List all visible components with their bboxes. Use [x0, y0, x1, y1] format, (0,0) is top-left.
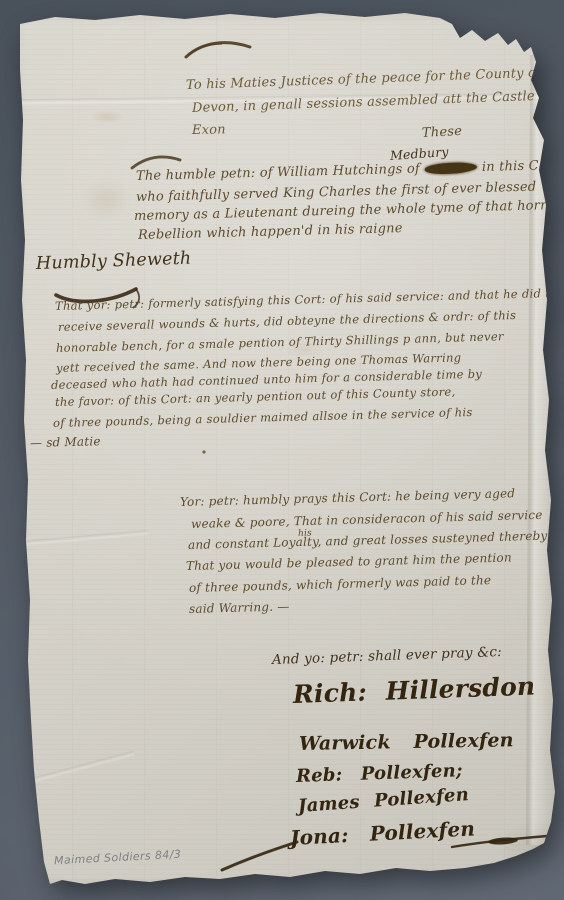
prayer-line: Yor: petr: humbly prays this Cort: he be… [180, 486, 516, 509]
petition-intro-line: Rebellion which happen'd in his raigne [138, 221, 403, 243]
prayer-line: of three pounds, which formerly was paid… [189, 573, 492, 595]
ink-flourishes [0, 0, 564, 900]
prayer-line: That you would be pleased to grant him t… [186, 550, 512, 573]
paper-stain [90, 110, 124, 124]
prayer-line: said Warring. — [189, 599, 290, 616]
paper-stain [80, 178, 132, 222]
header-address-line: To his Maties Justices of the peace for … [186, 66, 542, 93]
manuscript-paper-wrap: To his Maties Justices of the peace for … [0, 0, 564, 900]
prayer-line: weake & poore, That in consideracon of h… [191, 508, 543, 531]
humbly-sheweth-heading: Humbly Sheweth [36, 249, 192, 274]
docket-word-these: These [422, 124, 463, 141]
fold-crease-bottom-left [17, 751, 134, 788]
intro-text-before-blot: The humble petn: of William Hutchings of [136, 162, 420, 184]
signature: Warwick Pollexfen [299, 729, 514, 755]
header-address-line: Exon [192, 122, 226, 138]
intro-text-after-blot: in this County [482, 157, 564, 174]
signature: Jona: Pollexfen [289, 816, 475, 850]
prayer-line: and constant Loyalty, and great losses s… [188, 529, 548, 552]
fold-crease-left [8, 530, 148, 548]
manuscript-page: To his Maties Justices of the peace for … [0, 0, 564, 900]
photograph-background: To his Maties Justices of the peace for … [0, 0, 564, 900]
ink-blot-deleted-word [425, 161, 478, 175]
closing-line: And yo: petr: shall ever pray &c: [272, 644, 502, 668]
pencil-archive-note: Maimed Soldiers 84/3 [54, 848, 182, 868]
signature: James Pollexfen [297, 784, 469, 817]
body-line: — sd Matie [30, 434, 101, 450]
signature: Rich: Hillersdon [292, 672, 535, 709]
signature: Reb: Pollexfen; [296, 760, 463, 787]
header-address-line: Devon, in genall sessions assembled att … [192, 88, 553, 116]
body-line: of three pounds, being a souldier maimed… [53, 405, 473, 430]
paper-edge-shading [0, 0, 564, 900]
